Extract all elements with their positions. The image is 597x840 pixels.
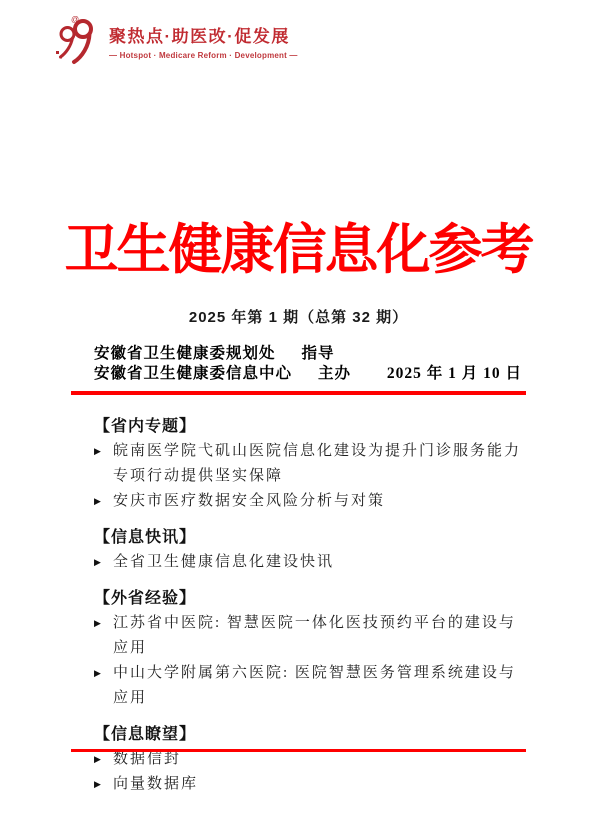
- toc-item-title: 全省卫生健康信息化建设快讯: [113, 550, 525, 575]
- toc-section-header: 【信息快讯】: [94, 525, 526, 550]
- bullet-triangle-icon: ▶: [94, 489, 113, 514]
- publisher-org: 安徽省卫生健康委规划处: [94, 344, 276, 364]
- toc-section-header: 【省内专题】: [94, 414, 526, 439]
- toc-item: ▶ 全省卫生健康信息化建设快讯: [94, 550, 526, 575]
- bottom-divider-rule: [71, 749, 526, 752]
- toc-item-title: 皖南医学院弋矶山医院信息化建设为提升门诊服务能力专项行动提供坚实保障: [113, 439, 525, 489]
- toc-item-title: 江苏省中医院: 智慧医院一体化医技预约平台的建设与应用: [113, 611, 525, 661]
- toc-section-info-outlook: 【信息瞭望】 ▶ 数据信封 ▶ 向量数据库: [94, 722, 526, 797]
- toc-item: ▶ 安庆市医疗数据安全风险分析与对策: [94, 489, 526, 514]
- bullet-triangle-icon: ▶: [94, 772, 113, 797]
- bullet-triangle-icon: ▶: [94, 439, 113, 464]
- publisher-role: 主办: [318, 364, 351, 384]
- publisher-org: 安徽省卫生健康委信息中心: [94, 364, 292, 384]
- bullet-triangle-icon: ▶: [94, 550, 113, 575]
- issue-number: 2025 年第 1 期（总第 32 期）: [0, 306, 597, 327]
- toc-item-title: 中山大学附属第六医院: 医院智慧医务管理系统建设与应用: [113, 661, 525, 711]
- toc-section-provincial-topics: 【省内专题】 ▶ 皖南医学院弋矶山医院信息化建设为提升门诊服务能力专项行动提供坚…: [94, 414, 526, 514]
- toc-item-title: 安庆市医疗数据安全风险分析与对策: [113, 489, 525, 514]
- toc-section-other-provinces: 【外省经验】 ▶ 江苏省中医院: 智慧医院一体化医技预约平台的建设与应用 ▶ 中…: [94, 586, 526, 711]
- toc-item: ▶ 江苏省中医院: 智慧医院一体化医技预约平台的建设与应用: [94, 611, 526, 661]
- bullet-triangle-icon: ▶: [94, 661, 113, 686]
- bullet-triangle-icon: ▶: [94, 611, 113, 636]
- brand-banner: @ 聚热点·助医改·促发展 — Hotspot · Medicare Refor…: [54, 13, 298, 70]
- toc-section-header: 【信息瞭望】: [94, 722, 526, 747]
- toc-section-header: 【外省经验】: [94, 586, 526, 611]
- toc-item: ▶ 皖南医学院弋矶山医院信息化建设为提升门诊服务能力专项行动提供坚实保障: [94, 439, 526, 489]
- toc-section-news-flash: 【信息快讯】 ▶ 全省卫生健康信息化建设快讯: [94, 525, 526, 575]
- heart-99-logo-icon: @: [54, 13, 100, 70]
- top-divider-rule: [71, 391, 526, 395]
- brand-slogans: 聚热点·助医改·促发展 — Hotspot · Medicare Reform …: [109, 13, 298, 60]
- toc-item: ▶ 中山大学附属第六医院: 医院智慧医务管理系统建设与应用: [94, 661, 526, 711]
- page-title: 卫生健康信息化参考: [0, 219, 597, 281]
- publisher-block: 安徽省卫生健康委规划处 指导 安徽省卫生健康委信息中心 主办 2025 年 1 …: [71, 344, 526, 384]
- publication-date: 2025 年 1 月 10 日: [387, 364, 522, 384]
- publisher-row-guidance: 安徽省卫生健康委规划处 指导: [94, 344, 526, 364]
- toc-item: ▶ 向量数据库: [94, 772, 526, 797]
- publisher-role: 指导: [302, 344, 335, 364]
- brand-slogan-en: — Hotspot · Medicare Reform · Developmen…: [109, 51, 298, 60]
- newsletter-cover-page: @ 聚热点·助医改·促发展 — Hotspot · Medicare Refor…: [0, 0, 597, 840]
- brand-slogan-cn: 聚热点·助医改·促发展: [109, 22, 298, 47]
- toc-item-title: 向量数据库: [113, 772, 525, 797]
